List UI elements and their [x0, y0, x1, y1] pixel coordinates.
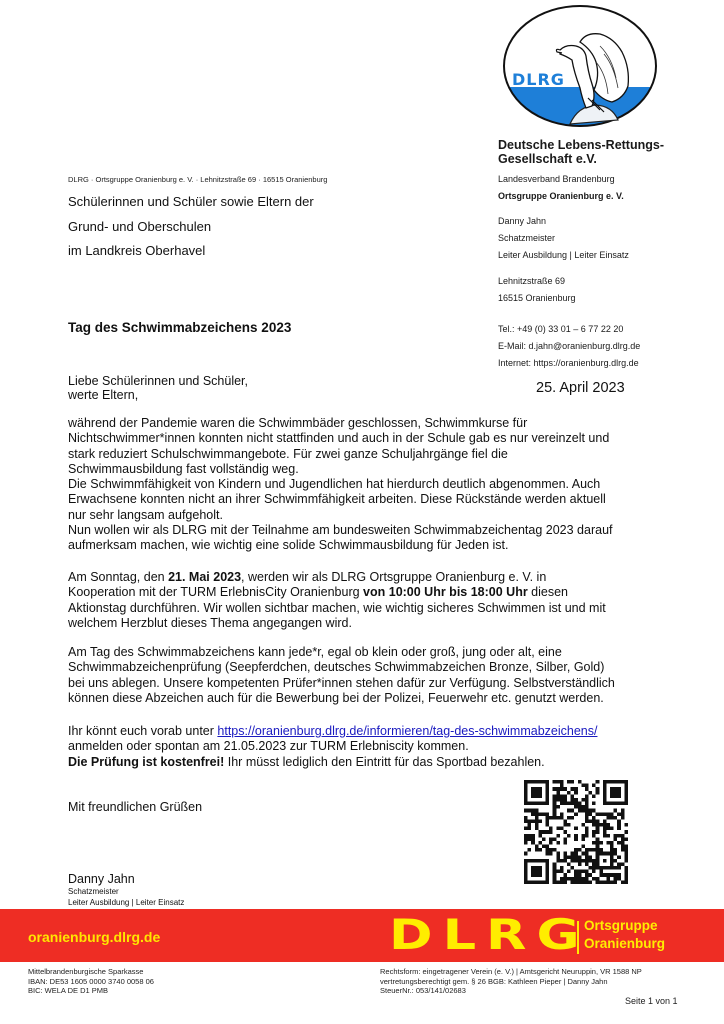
text-line: Schwimmabzeichenprüfung (Seepferdchen, d…: [68, 660, 708, 675]
landesverband: Landesverband Brandenburg: [498, 175, 615, 184]
bic: BIC: WELA DE D1 PMB: [28, 986, 154, 996]
recipient-line: Grund- und Oberschulen: [68, 219, 211, 234]
footer-oranienburg: Oranienburg: [584, 936, 665, 951]
salutation: werte Eltern,: [68, 388, 138, 402]
text-line: Aktionstag durchführen. Wir wollen sicht…: [68, 601, 708, 616]
text-line: Schwimmausbildung fast vollständig weg.: [68, 462, 708, 477]
text-line: welchem Herzblut dieses Thema angegangen…: [68, 616, 708, 631]
paragraph-badges: Am Tag des Schwimmabzeichens kann jede*r…: [68, 645, 708, 706]
email[interactable]: E-Mail: d.jahn@oranienburg.dlrg.de: [498, 342, 640, 351]
org-name-line1: Deutsche Lebens-Rettungs-: [498, 138, 664, 152]
closing: Mit freundlichen Grüßen: [68, 800, 202, 814]
footer-ortsgruppe: Ortsgruppe: [584, 918, 658, 933]
telephone: Tel.: +49 (0) 33 01 – 6 77 22 20: [498, 325, 623, 334]
text-line: Nichtschwimmer*innen konnten nicht statt…: [68, 431, 708, 446]
text-line: bei uns ablegen. Unsere kompetenten Prüf…: [68, 676, 708, 691]
text-line: Ihr könnt euch vorab unter https://orani…: [68, 724, 708, 739]
text-line: nur sehr langsam aufgeholt.: [68, 508, 708, 523]
text: Ihr müsst lediglich den Eintritt für das…: [224, 755, 544, 769]
contact-person-name: Danny Jahn: [498, 217, 546, 226]
signature-role: Schatzmeister: [68, 887, 119, 896]
footer-website[interactable]: oranienburg.dlrg.de: [28, 929, 160, 945]
paragraph-pandemic: während der Pandemie waren die Schwimmbä…: [68, 416, 708, 554]
recipient-line: im Landkreis Oberhavel: [68, 243, 205, 258]
address-street: Lehnitzstraße 69: [498, 277, 565, 286]
text-line: Erwachsene konnten nicht an ihrer Schwim…: [68, 492, 708, 507]
dlrg-wordmark: DLRG: [389, 912, 590, 958]
text: Am Sonntag, den: [68, 570, 168, 584]
text-line: anmelden oder spontan am 21.05.2023 zur …: [68, 739, 708, 754]
letter-subject: Tag des Schwimmabzeichens 2023: [68, 320, 291, 335]
paragraph-event: Am Sonntag, den 21. Mai 2023, werden wir…: [68, 570, 708, 631]
text-line: Kooperation mit der TURM ErlebnisCity Or…: [68, 585, 708, 600]
page-number: Seite 1 von 1: [625, 996, 678, 1006]
recipient-line: Schülerinnen und Schüler sowie Eltern de…: [68, 194, 314, 209]
sender-address-line: DLRG · Ortsgruppe Oranienburg e. V. · Le…: [68, 175, 327, 184]
organization-name: Deutsche Lebens-Rettungs- Gesellschaft e…: [498, 138, 664, 166]
text: Ihr könnt euch vorab unter: [68, 724, 217, 738]
tax-number: SteuerNr.: 053/141/02683: [380, 986, 642, 996]
svg-text:DLRG: DLRG: [512, 70, 565, 89]
letter-date: 25. April 2023: [536, 380, 625, 396]
text: diesen: [528, 585, 568, 599]
qr-code-icon[interactable]: [524, 780, 628, 884]
text: Kooperation mit der TURM ErlebnisCity Or…: [68, 585, 363, 599]
address-city: 16515 Oranienburg: [498, 294, 576, 303]
text-line: Nun wollen wir als DLRG mit der Teilnahm…: [68, 523, 708, 538]
text-line: Die Prüfung ist kostenfrei! Ihr müsst le…: [68, 755, 708, 770]
dlrg-eagle-logo: DLRG: [500, 2, 660, 128]
legal-form: Rechtsform: eingetragener Verein (e. V.)…: [380, 967, 642, 977]
contact-person-role: Schatzmeister: [498, 234, 555, 243]
signature-role: Leiter Ausbildung | Leiter Einsatz: [68, 898, 184, 907]
website[interactable]: Internet: https://oranienburg.dlrg.de: [498, 359, 639, 368]
ortsgruppe: Ortsgruppe Oranienburg e. V.: [498, 192, 624, 201]
text-line: Die Schwimmfähigkeit von Kindern und Jug…: [68, 477, 708, 492]
text-line: Am Tag des Schwimmabzeichens kann jede*r…: [68, 645, 708, 660]
text-line: stark reduziert Schulschwimmangebote. Fü…: [68, 447, 708, 462]
bank-details: Mittelbrandenburgische Sparkasse IBAN: D…: [28, 967, 154, 996]
contact-person-role: Leiter Ausbildung | Leiter Einsatz: [498, 251, 629, 260]
iban: IBAN: DE53 1605 0000 3740 0058 06: [28, 977, 154, 987]
legal-representatives: vertretungsberechtigt gem. § 26 BGB: Kat…: [380, 977, 642, 987]
event-date: 21. Mai 2023: [168, 570, 241, 584]
wordmark-separator: [577, 921, 579, 954]
paragraph-registration: Ihr könnt euch vorab unter https://orani…: [68, 724, 708, 770]
org-name-line2: Gesellschaft e.V.: [498, 152, 664, 166]
text-line: können diese Abzeichen auch für die Bewe…: [68, 691, 708, 706]
legal-info: Rechtsform: eingetragener Verein (e. V.)…: [380, 967, 642, 996]
bank-name: Mittelbrandenburgische Sparkasse: [28, 967, 154, 977]
text: , werden wir als DLRG Ortsgruppe Oranien…: [241, 570, 546, 584]
registration-link[interactable]: https://oranienburg.dlrg.de/informieren/…: [217, 724, 597, 738]
salutation: Liebe Schülerinnen und Schüler,: [68, 374, 248, 388]
text-line: während der Pandemie waren die Schwimmbä…: [68, 416, 708, 431]
signature-name: Danny Jahn: [68, 872, 135, 886]
text-line: aufmerksam machen, wie wichtig eine soli…: [68, 538, 708, 553]
event-time: von 10:00 Uhr bis 18:00 Uhr: [363, 585, 528, 599]
free-notice: Die Prüfung ist kostenfrei!: [68, 755, 224, 769]
text-line: Am Sonntag, den 21. Mai 2023, werden wir…: [68, 570, 708, 585]
